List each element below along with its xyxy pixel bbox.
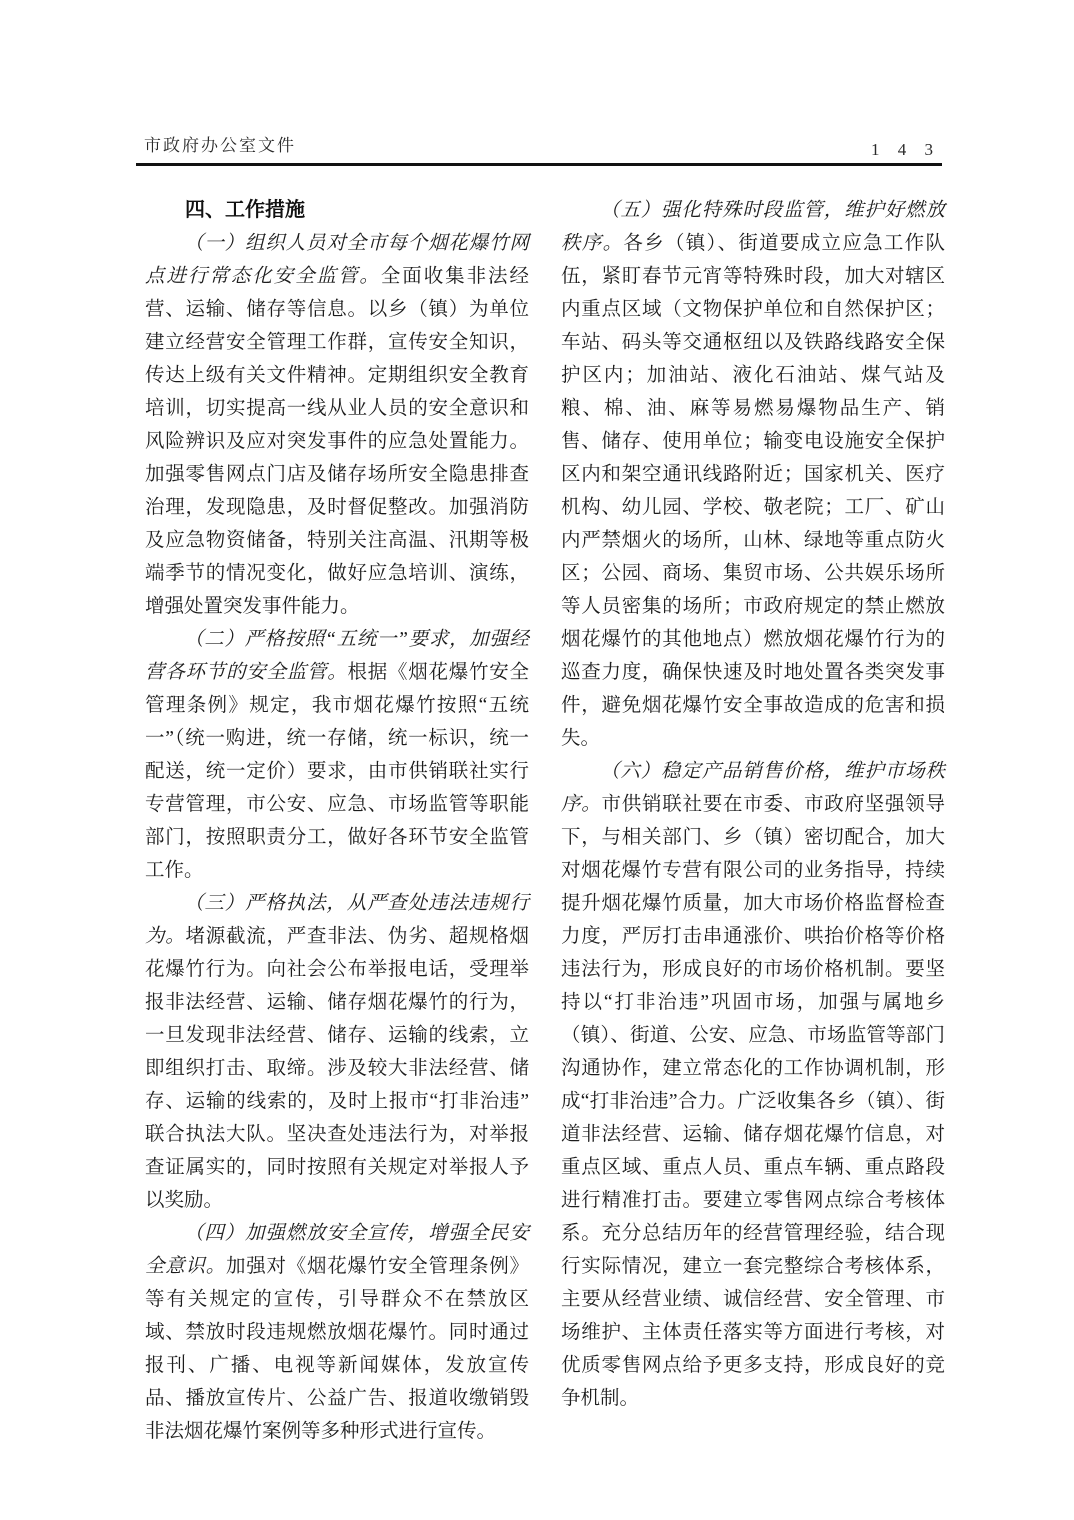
- paragraph-1-text: 全面收集非法经营、运输、储存等信息。以乡（镇）为单位建立经营安全管理工作群，宣传…: [145, 266, 529, 617]
- paragraph-4-text: 加强对《烟花爆竹安全管理条例》等有关规定的宣传，引导群众不在禁放区域、禁放时段违…: [145, 1256, 529, 1442]
- page-header: 市政府办公室文件 1 4 3: [136, 128, 942, 164]
- paragraph-item-3: （三）严格执法，从严查处违法违规行为。堵源截流，严查非法、伪劣、超规格烟花爆竹行…: [145, 887, 529, 1217]
- document-page: 市政府办公室文件 1 4 3 四、工作措施 （一）组织人员对全市每个烟花爆竹网点…: [0, 0, 1074, 1520]
- document-body: 四、工作措施 （一）组织人员对全市每个烟花爆竹网点进行常态化安全监管。全面收集非…: [145, 194, 945, 1448]
- paragraph-6-text: 市供销联社要在市委、市政府坚强领导下，与相关部门、乡（镇）密切配合，加大对烟花爆…: [561, 794, 945, 1409]
- right-column: （五）强化特殊时段监管，维护好燃放秩序。各乡（镇）、街道要成立应急工作队伍，紧盯…: [561, 194, 945, 1448]
- paragraph-item-2: （二）严格按照“五统一”要求，加强经营各环节的安全监管。根据《烟花爆竹安全管理条…: [145, 623, 529, 887]
- left-column: 四、工作措施 （一）组织人员对全市每个烟花爆竹网点进行常态化安全监管。全面收集非…: [145, 194, 529, 1448]
- paragraph-item-6: （六）稳定产品销售价格，维护市场秩序。市供销联社要在市委、市政府坚强领导下，与相…: [561, 755, 945, 1415]
- paragraph-item-4: （四）加强燃放安全宣传，增强全民安全意识。加强对《烟花爆竹安全管理条例》等有关规…: [145, 1217, 529, 1448]
- paragraph-2-text: 根据《烟花爆竹安全管理条例》规定，我市烟花爆竹按照“五统一”（统一购进，统一存储…: [145, 662, 529, 881]
- page-number: 1 4 3: [871, 140, 940, 160]
- paragraph-3-text: 堵源截流，严查非法、伪劣、超规格烟花爆竹行为。向社会公布举报电话，受理举报非法经…: [145, 926, 529, 1211]
- header-title: 市政府办公室文件: [144, 131, 296, 156]
- paragraph-item-1: （一）组织人员对全市每个烟花爆竹网点进行常态化安全监管。全面收集非法经营、运输、…: [145, 227, 529, 623]
- paragraph-5-text: 各乡（镇）、街道要成立应急工作队伍，紧盯春节元宵等特殊时段，加大对辖区内重点区域…: [561, 233, 945, 749]
- paragraph-item-5: （五）强化特殊时段监管，维护好燃放秩序。各乡（镇）、街道要成立应急工作队伍，紧盯…: [561, 194, 945, 755]
- section-heading: 四、工作措施: [145, 194, 529, 227]
- header-rule: [136, 163, 942, 166]
